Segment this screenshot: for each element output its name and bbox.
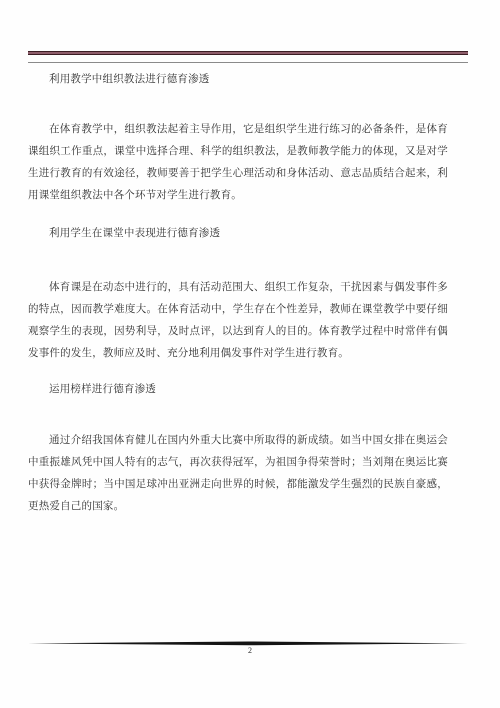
header-rule-thin xyxy=(28,62,468,63)
header-rule-thick xyxy=(28,51,468,55)
document-page: 利用教学中组织教法进行德育渗透 在体育教学中，组织教法起着主导作用，它是组织学生… xyxy=(0,0,500,708)
section-paragraph-2: 体育课是在动态中进行的，具有活动范围大、组织工作复杂，干扰因素与偶发事件多的特点… xyxy=(28,277,448,365)
section-heading-3: 运用榜样进行德育渗透 xyxy=(28,379,448,401)
page-number: 2 xyxy=(0,646,500,656)
section-paragraph-3: 通过介绍我国体育健儿在国内外重大比赛中所取得的新成绩。如当中国女排在奥运会中重振… xyxy=(28,430,448,518)
section-heading-1: 利用教学中组织教法进行德育渗透 xyxy=(28,69,448,91)
section-paragraph-1: 在体育教学中，组织教法起着主导作用，它是组织学生进行练习的必备条件，是体育课组织… xyxy=(28,119,448,207)
section-heading-2: 利用学生在课堂中表现进行德育渗透 xyxy=(28,223,448,245)
